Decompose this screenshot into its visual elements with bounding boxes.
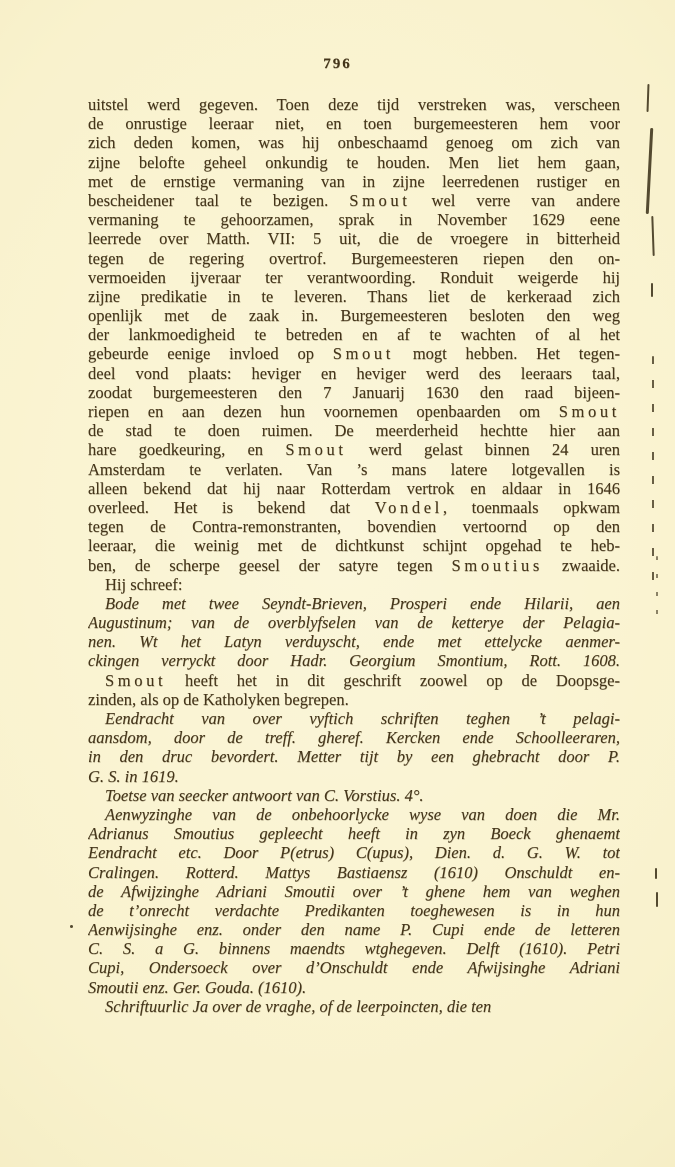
text-line: tegen de Contra-remonstranten, bovendien… xyxy=(88,517,620,536)
spaced-name: Vondel xyxy=(375,498,443,517)
scan-artifact-mark xyxy=(656,556,658,626)
text-segment: der lankmoedigheid te betreden en af te … xyxy=(88,325,620,344)
text-line: de Afwijzinghe Adriani Smoutii over ’t g… xyxy=(88,882,620,901)
text-segment: werd gelast binnen 24 uren xyxy=(347,440,620,459)
text-line: openlijk met de zaak in. Burgemeesteren … xyxy=(88,306,620,325)
text-segment: wel verre van andere xyxy=(411,191,620,210)
text-line: zijne belofte geheel onkundig te houden.… xyxy=(88,153,620,172)
page-number: 796 xyxy=(0,56,675,73)
text-segment: Aenwyzinghe van de onbehoorlycke wyse va… xyxy=(105,805,620,824)
text-segment: uitstel werd gegeven. Toen deze tijd ver… xyxy=(88,95,620,114)
scan-artifact-mark xyxy=(655,868,657,879)
text-segment: zijne belofte geheel onkundig te houden.… xyxy=(88,153,620,172)
text-line: aansdom, door de treff. gheref. Kercken … xyxy=(88,728,620,747)
text-segment: Adrianus Smoutius gepleecht heeft in zyn… xyxy=(88,824,620,843)
text-segment: Cupi, Ondersoeck over d’Onschuldt ende A… xyxy=(88,958,620,977)
text-line: leerrede over Matth. VII: 5 uit, die de … xyxy=(88,229,620,248)
text-line: overleed. Het is bekend dat Vondel, toen… xyxy=(88,498,620,517)
text-line: Schriftuurlic Ja over de vraghe, of de l… xyxy=(88,997,620,1016)
scan-artifact-mark xyxy=(652,356,654,586)
text-line: Eendracht van over vyftich schriften teg… xyxy=(88,709,620,728)
spaced-name: Smout xyxy=(349,191,410,210)
text-line: ben, de scherpe geesel der satyre tegen … xyxy=(88,556,620,575)
text-line: gebeurde eenige invloed op Smout mogt he… xyxy=(88,344,620,363)
text-line: alleen bekend dat hij naar Rotterdam ver… xyxy=(88,479,620,498)
text-segment: alleen bekend dat hij naar Rotterdam ver… xyxy=(88,479,620,498)
text-line: Aenwyzinghe van de onbehoorlycke wyse va… xyxy=(88,805,620,824)
text-segment: mogt hebben. Het tegen- xyxy=(394,344,620,363)
text-line: Bode met twee Seyndt-Brieven, Prosperi e… xyxy=(88,594,620,613)
text-segment: Schriftuurlic Ja over de vraghe, of de l… xyxy=(105,997,491,1016)
text-block: uitstel werd gegeven. Toen deze tijd ver… xyxy=(88,95,620,1016)
text-line: zich deden komen, was hij onbeschaamd ge… xyxy=(88,133,620,152)
text-line: Augustinum; van de overblyfselen van de … xyxy=(88,613,620,632)
text-line: Cralingen. Rotterd. Mattys Bastiaensz (1… xyxy=(88,863,620,882)
text-segment: Augustinum; van de overblyfselen van de … xyxy=(88,613,620,632)
text-segment: Amsterdam te verlaten. Van ’s mans later… xyxy=(88,460,620,479)
text-segment: deel vond plaats: heviger en heviger wer… xyxy=(88,364,620,383)
text-segment: de Afwijzinghe Adriani Smoutii over ’t g… xyxy=(88,882,620,901)
text-segment: hare goedkeuring, en xyxy=(88,440,285,459)
scan-artifact-mark xyxy=(651,283,653,297)
text-segment: met de ernstige vermaning van in zijne l… xyxy=(88,172,620,191)
text-line: zinden, als op de Katholyken begrepen. xyxy=(88,690,620,709)
text-line: Amsterdam te verlaten. Van ’s mans later… xyxy=(88,460,620,479)
spaced-name: Smout xyxy=(285,440,346,459)
text-line: G. S. in 1619. xyxy=(88,767,620,786)
text-segment: vermaning te gehoorzamen, sprak in Novem… xyxy=(88,210,620,229)
scan-artifact-mark xyxy=(651,216,654,256)
text-segment: Bode met twee Seyndt-Brieven, Prosperi e… xyxy=(105,594,620,613)
text-line: Eendracht etc. Door P(etrus) C(upus), Di… xyxy=(88,843,620,862)
text-line: tegen de regering overtrof. Burgemeester… xyxy=(88,249,620,268)
text-segment: ben, de scherpe geesel der satyre tegen xyxy=(88,556,452,575)
text-line: ckingen verryckt door Hadr. Georgium Smo… xyxy=(88,651,620,670)
text-line: Aenwijsinghe enz. onder den name P. Cupi… xyxy=(88,920,620,939)
text-segment: Eendracht van over vyftich schriften teg… xyxy=(105,709,620,728)
text-segment: overleed. Het is bekend dat xyxy=(88,498,375,517)
text-segment: Eendracht etc. Door P(etrus) C(upus), Di… xyxy=(88,843,620,862)
text-line: de t’onrecht verdachte Predikanten toegh… xyxy=(88,901,620,920)
text-segment: openlijk met de zaak in. Burgemeesteren … xyxy=(88,306,620,325)
text-line: bescheidener taal te bezigen. Smout wel … xyxy=(88,191,620,210)
text-segment: ckingen verryckt door Hadr. Georgium Smo… xyxy=(88,651,620,670)
text-segment: , toenmaals opkwam xyxy=(443,498,620,517)
text-line: leeraar, die weinig met de dichtkunst sc… xyxy=(88,536,620,555)
text-segment: heeft het in dit geschrift zoowel op de … xyxy=(166,671,620,690)
scanned-book-page: 796 uitstel werd gegeven. Toen deze tijd… xyxy=(0,0,675,1167)
text-segment: Cralingen. Rotterd. Mattys Bastiaensz (1… xyxy=(88,863,620,882)
text-segment: tegen de Contra-remonstranten, bovendien… xyxy=(88,517,620,536)
text-segment: Toetse van seecker antwoort van C. Vorst… xyxy=(105,786,424,805)
text-segment: nen. Wt het Latyn verduyscht, ende met e… xyxy=(88,632,620,651)
text-segment: de onrustige leeraar niet, en toen burge… xyxy=(88,114,620,133)
scan-artifact-mark xyxy=(656,892,658,907)
spaced-name: Smout xyxy=(105,671,166,690)
text-line: Adrianus Smoutius gepleecht heeft in zyn… xyxy=(88,824,620,843)
text-segment: zoodat burgemeesteren den 7 Januarij 163… xyxy=(88,383,620,402)
text-line: de onrustige leeraar niet, en toen burge… xyxy=(88,114,620,133)
text-segment: vermoeiden ijveraar ter verantwoording. … xyxy=(88,268,620,287)
spaced-name: Smoutius xyxy=(452,556,543,575)
text-segment: Smoutii enz. Ger. Gouda. (1610). xyxy=(88,978,306,997)
text-segment: riepen en aan dezen hun voornemen openba… xyxy=(88,402,559,421)
text-segment: leerrede over Matth. VII: 5 uit, die de … xyxy=(88,229,620,248)
text-segment: de stad te doen ruimen. De meerderheid h… xyxy=(88,421,620,440)
text-segment: zich deden komen, was hij onbeschaamd ge… xyxy=(88,133,620,152)
text-segment: Hij schreef: xyxy=(105,575,182,594)
text-line: riepen en aan dezen hun voornemen openba… xyxy=(88,402,620,421)
scan-artifact-mark xyxy=(646,128,653,214)
scan-artifact-mark xyxy=(647,84,650,112)
text-line: C. S. a G. binnens maendts wtghegeven. D… xyxy=(88,939,620,958)
text-segment: G. S. in 1619. xyxy=(88,767,179,786)
text-segment: zijne predikatie in te leveren. Thans li… xyxy=(88,287,620,306)
scan-artifact-mark xyxy=(70,925,73,928)
text-segment: leeraar, die weinig met de dichtkunst sc… xyxy=(88,536,620,555)
text-line: Smout heeft het in dit geschrift zoowel … xyxy=(88,671,620,690)
text-segment: tegen de regering overtrof. Burgemeester… xyxy=(88,249,620,268)
text-segment: de t’onrecht verdachte Predikanten toegh… xyxy=(88,901,620,920)
text-line: Hij schreef: xyxy=(88,575,620,594)
text-line: vermaning te gehoorzamen, sprak in Novem… xyxy=(88,210,620,229)
text-line: deel vond plaats: heviger en heviger wer… xyxy=(88,364,620,383)
text-segment: C. S. a G. binnens maendts wtghegeven. D… xyxy=(88,939,620,958)
text-line: uitstel werd gegeven. Toen deze tijd ver… xyxy=(88,95,620,114)
spaced-name: Smout xyxy=(333,344,394,363)
text-line: nen. Wt het Latyn verduyscht, ende met e… xyxy=(88,632,620,651)
text-line: Smoutii enz. Ger. Gouda. (1610). xyxy=(88,978,620,997)
text-segment: Aenwijsinghe enz. onder den name P. Cupi… xyxy=(88,920,620,939)
spaced-name: Smout xyxy=(559,402,620,421)
text-line: zoodat burgemeesteren den 7 Januarij 163… xyxy=(88,383,620,402)
text-segment: in den druc bevordert. Metter tijt by ee… xyxy=(88,747,620,766)
text-line: hare goedkeuring, en Smout werd gelast b… xyxy=(88,440,620,459)
text-line: vermoeiden ijveraar ter verantwoording. … xyxy=(88,268,620,287)
text-segment: bescheidener taal te bezigen. xyxy=(88,191,349,210)
text-segment: zinden, als op de Katholyken begrepen. xyxy=(88,690,349,709)
text-line: der lankmoedigheid te betreden en af te … xyxy=(88,325,620,344)
text-segment: gebeurde eenige invloed op xyxy=(88,344,333,363)
text-segment: aansdom, door de treff. gheref. Kercken … xyxy=(88,728,620,747)
text-line: Cupi, Ondersoeck over d’Onschuldt ende A… xyxy=(88,958,620,977)
text-line: zijne predikatie in te leveren. Thans li… xyxy=(88,287,620,306)
text-segment: zwaaide. xyxy=(543,556,620,575)
text-line: in den druc bevordert. Metter tijt by ee… xyxy=(88,747,620,766)
text-line: Toetse van seecker antwoort van C. Vorst… xyxy=(88,786,620,805)
text-line: de stad te doen ruimen. De meerderheid h… xyxy=(88,421,620,440)
text-line: met de ernstige vermaning van in zijne l… xyxy=(88,172,620,191)
